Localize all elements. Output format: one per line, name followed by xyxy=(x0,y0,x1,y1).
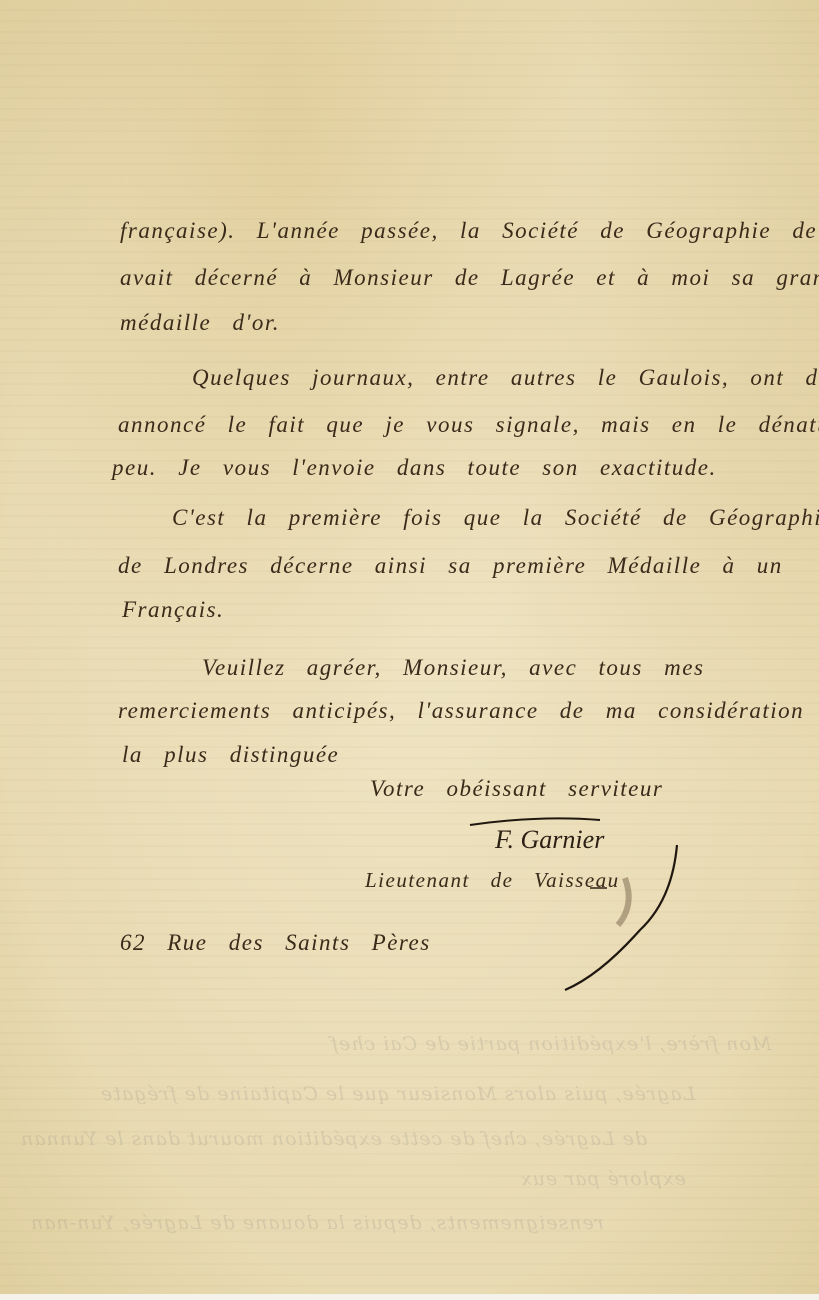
signatory-title: Lieutenant de Vaisseau xyxy=(365,868,620,893)
letter-page: Mon frère, l'expédition partie de Cai ch… xyxy=(0,0,819,1300)
signature: F. Garnier xyxy=(495,825,604,855)
sender-address: 62 Rue des Saints Pères xyxy=(120,930,431,956)
signature-flourish xyxy=(0,0,819,1300)
